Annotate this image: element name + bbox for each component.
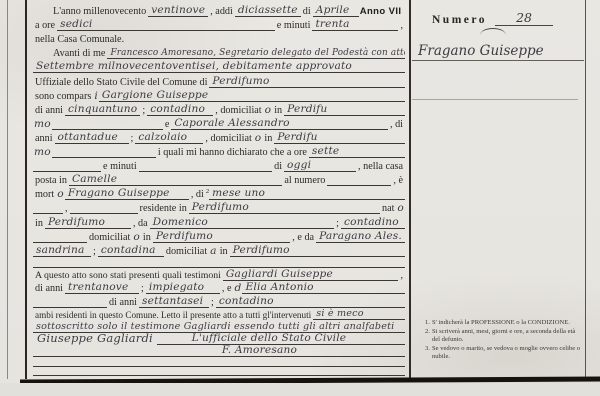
form-line: sottoscritto solo il testimone Gagliardi… bbox=[33, 320, 405, 332]
fillin-handwritten: Perdifumo bbox=[230, 244, 405, 257]
handwritten-letter: mo bbox=[33, 118, 52, 130]
printed-text: ; bbox=[129, 133, 136, 144]
form-line bbox=[33, 367, 405, 377]
handwritten-letter: o bbox=[254, 132, 263, 144]
footnote-number: 2. bbox=[425, 328, 430, 345]
handwritten-letter: o bbox=[132, 231, 141, 243]
fillin-handwritten: Domenico bbox=[150, 216, 335, 229]
printed-text: , di bbox=[388, 119, 405, 130]
form-line: moi quali mi hanno dichiarato che a ores… bbox=[33, 144, 405, 158]
fillin-handwritten: Perdifu bbox=[274, 131, 405, 144]
form-line: e minutidioggi, nella casa bbox=[33, 158, 405, 172]
form-line: L'anno millenovecentoventinove, addìdici… bbox=[33, 3, 405, 17]
printed-text: ; bbox=[139, 283, 146, 294]
printed-text: , bbox=[398, 270, 405, 281]
fillin-handwritten: calzolaio bbox=[135, 131, 203, 144]
fillin-blank bbox=[33, 241, 87, 243]
printed-text: anni bbox=[33, 133, 55, 144]
fillin-handwritten: diciassette bbox=[235, 4, 301, 17]
form-line: Avanti di meFrancesco Amoresano, Segreta… bbox=[33, 45, 405, 59]
fillin-blank bbox=[322, 170, 356, 172]
form-line: ambi residenti in questo Comune. Letto i… bbox=[33, 308, 405, 321]
fillin-blank bbox=[52, 156, 156, 158]
fillin-handwritten: L'ufficiale dello Stato Civile bbox=[175, 333, 363, 346]
underline-flourish bbox=[480, 28, 506, 35]
fillin-blank bbox=[33, 355, 204, 357]
form-line: mortoFragano Guiseppe, di2mese uno bbox=[33, 186, 405, 200]
fillin-handwritten: Perdifumo bbox=[209, 75, 405, 88]
printed-text: mort bbox=[33, 189, 56, 200]
death-record-form-body: L'anno millenovecentoventinove, addìdici… bbox=[33, 3, 405, 376]
fillin-handwritten: Settembre milnovecentoventisei, debitame… bbox=[33, 60, 405, 73]
fillin-blank bbox=[70, 212, 138, 214]
fillin-handwritten: contadino bbox=[216, 295, 405, 308]
handwritten-letter: o bbox=[396, 202, 405, 214]
footnote: 2. Si scriverà anni, mesi, giorni e ore,… bbox=[425, 328, 581, 345]
handwritten-letter: o bbox=[56, 188, 65, 200]
fillin-blank bbox=[52, 128, 163, 130]
fillin-blank bbox=[139, 170, 272, 172]
fillin-handwritten: Aprile bbox=[313, 4, 359, 17]
printed-text: ; bbox=[334, 218, 341, 229]
handwritten-letter: a bbox=[209, 245, 218, 257]
form-line bbox=[33, 257, 405, 268]
margin-divider-line bbox=[409, 0, 411, 379]
printed-text: nella Casa Comunale. bbox=[33, 34, 126, 45]
handwritten-letter: o bbox=[264, 104, 273, 116]
printed-text: in bbox=[33, 218, 45, 229]
printed-text: residente in bbox=[138, 203, 189, 214]
printed-text: L'anno millenovecento bbox=[51, 6, 148, 17]
footnote-number: 3. bbox=[425, 345, 430, 362]
printed-text: , di bbox=[189, 189, 206, 200]
printed-text: , addì bbox=[208, 6, 235, 17]
handwritten-letter: mo bbox=[33, 146, 52, 158]
printed-text: e minuti bbox=[275, 20, 313, 31]
fillin-handwritten: ottantadue bbox=[55, 131, 129, 144]
fillin-handwritten: cinquantuno bbox=[65, 103, 140, 116]
fillin-handwritten: Perdifumo bbox=[153, 230, 290, 243]
form-line: inPerdifumo, daDomenico;contadino bbox=[33, 214, 405, 228]
fillin-handwritten: Perdifu bbox=[284, 103, 405, 116]
fillin-handwritten: trentanove bbox=[65, 281, 139, 294]
printed-text: , bbox=[398, 20, 405, 31]
printed-text: di bbox=[301, 6, 313, 17]
stamp-text: Anno VII E.F. bbox=[359, 6, 405, 17]
printed-text: di bbox=[272, 161, 284, 172]
fillin-handwritten: settantasei bbox=[139, 295, 209, 308]
printed-text: ambi residenti in questo Comune. Letto i… bbox=[33, 310, 313, 320]
footnote-text: Se vedovo o marito, se vedova o moglie o… bbox=[432, 345, 581, 362]
printed-text: i quali mi hanno dichiarato che a ore bbox=[156, 147, 309, 158]
fillin-handwritten: Paragano Ales. bbox=[316, 230, 405, 243]
printed-text: Avanti di me bbox=[51, 48, 107, 59]
form-line bbox=[33, 357, 405, 367]
fillin-handwritten: Caporale Alessandro bbox=[171, 117, 388, 130]
fillin-handwritten: Fragano Guiseppe bbox=[65, 187, 189, 200]
footnote-text: Si scriverà anni, mesi, giorni e ore, a … bbox=[432, 328, 581, 345]
form-line: sono comparsiGargione Guiseppe bbox=[33, 88, 405, 102]
form-line: ,residente inPerdifumonato bbox=[33, 200, 405, 214]
deceased-name-margin: Fragano Guiseppe bbox=[412, 43, 584, 61]
printed-text: e minuti bbox=[101, 161, 139, 172]
form-line: moeCaporale Alessandro, di bbox=[33, 116, 405, 130]
fillin-blank bbox=[33, 374, 405, 376]
form-line: nella Casa Comunale. bbox=[33, 31, 405, 45]
printed-text: e bbox=[163, 119, 172, 130]
fillin-handwritten: contadino bbox=[341, 216, 405, 229]
form-line: di annisettantasei;contadino bbox=[33, 294, 405, 307]
scanned-death-record-page: { "colors": { "paper": "#e9e7e2", "print… bbox=[0, 0, 600, 396]
printed-text: in bbox=[218, 246, 230, 257]
printed-text: Uffiziale dello Stato Civile del Comune … bbox=[33, 77, 209, 88]
fillin-handwritten: oggi bbox=[284, 159, 322, 172]
fillin-handwritten: F. Amoresano bbox=[204, 345, 315, 357]
form-line: Settembre milnovecentoventisei, debitame… bbox=[33, 59, 405, 73]
scan-left-edge-line bbox=[7, 0, 8, 379]
fillin-handwritten: Perdifumo bbox=[189, 201, 380, 214]
fillin-blank bbox=[315, 355, 405, 357]
form-line: sandrina;contadinadomiciliatainPerdifumo bbox=[33, 243, 405, 257]
scan-below-page-area bbox=[0, 383, 600, 396]
printed-text: ; bbox=[91, 246, 98, 257]
fillin-handwritten: contadino bbox=[147, 103, 213, 116]
printed-text: in bbox=[141, 232, 153, 243]
printed-text: domiciliat bbox=[164, 246, 209, 257]
fillin-blank bbox=[33, 212, 63, 214]
fillin-blank bbox=[33, 365, 405, 367]
page-right-border bbox=[585, 0, 586, 379]
form-line: domiciliatoinPerdifumo, e daParagano Ale… bbox=[33, 229, 405, 243]
form-line: posta inCamelleal numero, è bbox=[33, 172, 405, 186]
printed-text: posta in bbox=[33, 175, 69, 186]
form-line: Uffiziale dello Stato Civile del Comune … bbox=[33, 73, 405, 87]
printed-text: ; bbox=[209, 297, 216, 308]
record-margin-column: Numero 28 Fragano Guiseppe 1. S' indiche… bbox=[412, 0, 584, 378]
margin-rule bbox=[412, 99, 578, 100]
printed-text: al numero bbox=[282, 175, 327, 186]
printed-text: , è bbox=[391, 175, 405, 186]
footnote: 3. Se vedovo o marito, se vedova o mogli… bbox=[425, 345, 581, 362]
fillin-handwritten: sottoscritto solo il testimone Gagliardi… bbox=[33, 321, 405, 333]
form-line: A questo atto sono stati presenti quali … bbox=[33, 268, 405, 281]
form-line: di annitrentanove;impiegato, edElia Anto… bbox=[33, 281, 405, 294]
printed-text: , domiciliat bbox=[213, 105, 263, 116]
printed-text: , domiciliat bbox=[203, 133, 253, 144]
handwritten-letter: d bbox=[233, 282, 242, 294]
printed-text: a ore bbox=[33, 20, 57, 31]
printed-text: , nella casa bbox=[356, 161, 405, 172]
numero-label: Numero bbox=[432, 14, 487, 26]
footnote-number: 1. bbox=[425, 319, 430, 328]
fillin-handwritten: mese uno bbox=[209, 187, 405, 200]
fillin-handwritten: sandrina bbox=[33, 244, 91, 257]
fillin-blank bbox=[363, 343, 405, 345]
fillin-handwritten: Camelle bbox=[69, 173, 282, 186]
fillin-handwritten: ventinove bbox=[148, 4, 208, 17]
fillin-blank bbox=[157, 343, 175, 345]
fillin-blank bbox=[327, 184, 391, 186]
printed-text: , e bbox=[220, 283, 234, 294]
form-line: di annicinquantuno;contadino, domiciliat… bbox=[33, 102, 405, 116]
fillin-handwritten: Gagliardi Guiseppe bbox=[223, 268, 399, 281]
fillin-handwritten: contadina bbox=[98, 244, 164, 257]
form-footnotes: 1. S' indicherà la PROFESSIONE o la COND… bbox=[425, 319, 581, 362]
record-number-row: Numero 28 bbox=[412, 10, 584, 26]
printed-text: ; bbox=[140, 105, 147, 116]
printed-text: , da bbox=[131, 218, 150, 229]
printed-text: A questo atto sono stati presenti quali … bbox=[33, 270, 223, 281]
printed-text: di anni bbox=[33, 283, 65, 294]
form-line: Giuseppe GagliardiL'ufficiale dello Stat… bbox=[33, 333, 405, 346]
fillin-handwritten: si è meco bbox=[313, 308, 405, 320]
footnote: 1. S' indicherà la PROFESSIONE o la COND… bbox=[425, 319, 581, 328]
form-line: F. Amoresano bbox=[33, 345, 405, 357]
printed-text: in bbox=[272, 105, 284, 116]
fillin-handwritten: impiegato bbox=[146, 281, 220, 294]
fillin-handwritten: Perdifumo bbox=[45, 216, 131, 229]
fillin-handwritten: sedici bbox=[57, 18, 275, 31]
fillin-handwritten: Francesco Amoresano, Segretario delegato… bbox=[107, 48, 405, 59]
form-line: a oresedicie minutitrenta, bbox=[33, 17, 405, 31]
page-left-border bbox=[25, 0, 27, 379]
fillin-handwritten: trenta bbox=[312, 18, 398, 31]
fillin-blank bbox=[33, 170, 101, 172]
fillin-handwritten: Gargione Guiseppe bbox=[99, 89, 405, 102]
fillin-blank bbox=[33, 306, 107, 308]
record-number-value: 28 bbox=[495, 10, 553, 26]
fillin-handwritten: sette bbox=[309, 145, 405, 158]
printed-text: di anni bbox=[33, 105, 65, 116]
printed-text: , e da bbox=[290, 232, 316, 243]
footnote-text: S' indicherà la PROFESSIONE o la CONDIZI… bbox=[432, 319, 570, 328]
fillin-handwritten: Elia Antonio bbox=[242, 281, 405, 294]
printed-text: di anni bbox=[107, 297, 139, 308]
printed-text: sono compars bbox=[33, 91, 93, 102]
printed-text: domiciliat bbox=[87, 232, 132, 243]
printed-text: nat bbox=[380, 203, 396, 214]
printed-text: in bbox=[262, 133, 274, 144]
signature: Giuseppe Gagliardi bbox=[33, 333, 157, 346]
form-line: anniottantadue;calzolaio, domiciliatoinP… bbox=[33, 130, 405, 144]
